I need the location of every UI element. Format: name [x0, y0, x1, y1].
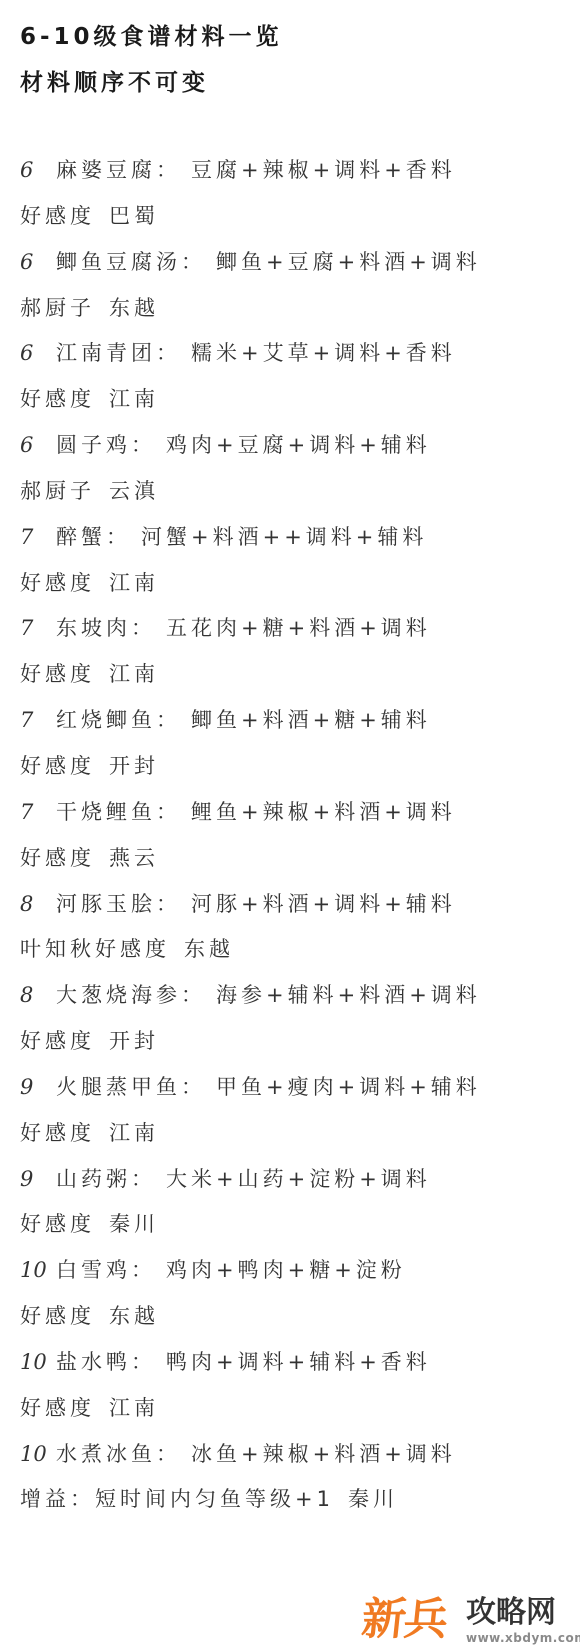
recipe-source-line: 好感度江南 — [20, 384, 560, 430]
recipe-line: 8大葱烧海参：海参+辅料+料酒+调料 — [20, 980, 560, 1026]
recipe-region: 开封 — [109, 1029, 159, 1053]
recipe-ingredients: 鸡肉+豆腐+调料+辅料 — [166, 433, 431, 457]
recipe-ingredients: 鲫鱼+豆腐+料酒+调料 — [216, 250, 481, 274]
separator: ： — [181, 983, 206, 1007]
recipe-level: 6 — [20, 247, 48, 277]
recipe-source-line: 好感度开封 — [20, 751, 560, 797]
recipe-region: 东越 — [109, 1304, 159, 1328]
recipe-name: 江南青团 — [56, 341, 156, 365]
recipe-ingredients: 鲫鱼+料酒+糖+辅料 — [191, 708, 431, 732]
recipe-line: 10盐水鸭：鸭肉+调料+辅料+香料 — [20, 1347, 560, 1393]
recipe-region: 江南 — [109, 387, 159, 411]
recipe-name: 火腿蒸甲鱼 — [56, 1075, 181, 1099]
recipe-ingredients: 鲤鱼+辣椒+料酒+调料 — [191, 800, 456, 824]
recipe-line: 7干烧鲤鱼：鲤鱼+辣椒+料酒+调料 — [20, 797, 560, 843]
recipe-line: 9山药粥：大米+山药+淀粉+调料 — [20, 1164, 560, 1210]
recipe-source: 郝厨子 — [20, 296, 95, 320]
recipe-source: 好感度 — [20, 1029, 95, 1053]
recipe-source-line: 好感度燕云 — [20, 843, 560, 889]
recipe-line: 6江南青团：糯米+艾草+调料+香料 — [20, 338, 560, 384]
recipe-line: 6圆子鸡：鸡肉+豆腐+调料+辅料 — [20, 430, 560, 476]
separator: ： — [131, 1258, 156, 1282]
separator: ： — [131, 433, 156, 457]
separator: ： — [131, 616, 156, 640]
recipe-line: 7东坡肉：五花肉+糖+料酒+调料 — [20, 613, 560, 659]
recipe-ingredients: 河蟹+料酒++调料+辅料 — [141, 525, 427, 549]
recipe-source-line: 好感度江南 — [20, 568, 560, 614]
separator: ： — [131, 1350, 156, 1374]
recipe-name: 鲫鱼豆腐汤 — [56, 250, 181, 274]
site-watermark-logo: 新兵 攻略网 www.xbdym.com — [362, 1594, 578, 1650]
separator: ： — [131, 1167, 156, 1191]
recipe-ingredients: 五花肉+糖+料酒+调料 — [166, 616, 431, 640]
recipe-line: 8河豚玉脍：河豚+料酒+调料+辅料 — [20, 889, 560, 935]
recipe-region: 巴蜀 — [109, 204, 159, 228]
recipe-level: 7 — [20, 522, 48, 552]
recipe-region: 江南 — [109, 662, 159, 686]
separator: ： — [181, 1075, 206, 1099]
recipe-source-line: 好感度开封 — [20, 1026, 560, 1072]
recipe-source: 好感度 — [20, 204, 95, 228]
recipe-source: 好感度 — [20, 1304, 95, 1328]
separator: ： — [156, 800, 181, 824]
recipe-level: 8 — [20, 980, 48, 1010]
recipe-level: 9 — [20, 1072, 48, 1102]
recipe-source-line: 好感度江南 — [20, 659, 560, 705]
recipe-source: 好感度 — [20, 1396, 95, 1420]
recipe-level: 7 — [20, 705, 48, 735]
recipe-level: 10 — [20, 1255, 48, 1285]
recipe-source: 叶知秋好感度 — [20, 937, 170, 961]
separator: ： — [181, 250, 206, 274]
recipe-level: 9 — [20, 1164, 48, 1194]
recipe-region: 江南 — [109, 571, 159, 595]
recipe-region: 东越 — [184, 937, 234, 961]
recipe-source: 好感度 — [20, 1121, 95, 1145]
recipe-source: 好感度 — [20, 387, 95, 411]
separator: ： — [156, 1442, 181, 1466]
recipe-name: 麻婆豆腐 — [56, 158, 156, 182]
recipe-name: 白雪鸡 — [56, 1258, 131, 1282]
recipe-name: 山药粥 — [56, 1167, 131, 1191]
recipe-source-line: 郝厨子云滇 — [20, 476, 560, 522]
separator: ： — [156, 158, 181, 182]
recipe-level: 10 — [20, 1347, 48, 1377]
recipe-region: 开封 — [109, 754, 159, 778]
recipe-level: 6 — [20, 430, 48, 460]
separator: ： — [156, 708, 181, 732]
recipe-source-line: 郝厨子东越 — [20, 293, 560, 339]
recipe-level: 6 — [20, 338, 48, 368]
recipe-name: 东坡肉 — [56, 616, 131, 640]
recipe-source-line: 好感度江南 — [20, 1118, 560, 1164]
recipe-line: 7醉蟹：河蟹+料酒++调料+辅料 — [20, 522, 560, 568]
recipe-list: 6麻婆豆腐：豆腐+辣椒+调料+香料 好感度巴蜀 6鲫鱼豆腐汤：鲫鱼+豆腐+料酒+… — [20, 155, 560, 1530]
page-title: 6-10级食谱材料一览 — [20, 18, 283, 51]
separator: ： — [106, 525, 131, 549]
recipe-name: 干烧鲤鱼 — [56, 800, 156, 824]
recipe-level: 8 — [20, 889, 48, 919]
recipe-line: 6麻婆豆腐：豆腐+辣椒+调料+香料 — [20, 155, 560, 201]
recipe-line: 7红烧鲫鱼：鲫鱼+料酒+糖+辅料 — [20, 705, 560, 751]
recipe-name: 大葱烧海参 — [56, 983, 181, 1007]
recipe-name: 水煮冰鱼 — [56, 1442, 156, 1466]
recipe-region: 燕云 — [109, 846, 159, 870]
recipe-source: 好感度 — [20, 754, 95, 778]
recipe-line: 10白雪鸡：鸡肉+鸭肉+糖+淀粉 — [20, 1255, 560, 1301]
page-subtitle: 材料顺序不可变 — [20, 64, 209, 97]
recipe-name: 圆子鸡 — [56, 433, 131, 457]
recipe-source-line: 好感度江南 — [20, 1393, 560, 1439]
recipe-source: 好感度 — [20, 662, 95, 686]
recipe-name: 河豚玉脍 — [56, 892, 156, 916]
recipe-ingredients: 鸡肉+鸭肉+糖+淀粉 — [166, 1258, 406, 1282]
separator: ： — [156, 892, 181, 916]
recipe-ingredients: 豆腐+辣椒+调料+香料 — [191, 158, 456, 182]
recipe-region: 江南 — [109, 1121, 159, 1145]
recipe-source: 好感度 — [20, 1212, 95, 1236]
recipe-line: 9火腿蒸甲鱼：甲鱼+瘦肉+调料+辅料 — [20, 1072, 560, 1118]
recipe-source: 好感度 — [20, 571, 95, 595]
recipe-source-line: 叶知秋好感度东越 — [20, 934, 560, 980]
recipe-source: 好感度 — [20, 846, 95, 870]
recipe-ingredients: 海参+辅料+料酒+调料 — [216, 983, 481, 1007]
recipe-source-line: 好感度巴蜀 — [20, 201, 560, 247]
recipe-ingredients: 冰鱼+辣椒+料酒+调料 — [191, 1442, 456, 1466]
watermark-brand-orange: 新兵 — [359, 1594, 448, 1646]
recipe-source-line: 增益：短时间内匀鱼等级+1秦川 — [20, 1484, 560, 1530]
recipe-level: 7 — [20, 797, 48, 827]
recipe-name: 醉蟹 — [56, 525, 106, 549]
recipe-level: 10 — [20, 1439, 48, 1469]
separator: ： — [156, 341, 181, 365]
recipe-line: 6鲫鱼豆腐汤：鲫鱼+豆腐+料酒+调料 — [20, 247, 560, 293]
recipe-source: 郝厨子 — [20, 479, 95, 503]
recipe-ingredients: 大米+山药+淀粉+调料 — [166, 1167, 431, 1191]
recipe-name: 盐水鸭 — [56, 1350, 131, 1374]
recipe-source-line: 好感度秦川 — [20, 1209, 560, 1255]
recipe-region: 秦川 — [348, 1487, 398, 1511]
recipe-ingredients: 糯米+艾草+调料+香料 — [191, 341, 456, 365]
recipe-region: 云滇 — [109, 479, 159, 503]
recipe-ingredients: 河豚+料酒+调料+辅料 — [191, 892, 456, 916]
recipe-line: 10水煮冰鱼：冰鱼+辣椒+料酒+调料 — [20, 1439, 560, 1485]
recipe-level: 6 — [20, 155, 48, 185]
recipe-region: 秦川 — [109, 1212, 159, 1236]
recipe-level: 7 — [20, 613, 48, 643]
recipe-region: 江南 — [109, 1396, 159, 1420]
recipe-source-line: 好感度东越 — [20, 1301, 560, 1347]
watermark-url: www.xbdym.com — [466, 1630, 580, 1646]
recipe-name: 红烧鲫鱼 — [56, 708, 156, 732]
recipe-list-page: 6-10级食谱材料一览 材料顺序不可变 6麻婆豆腐：豆腐+辣椒+调料+香料 好感… — [0, 0, 580, 1652]
recipe-ingredients: 鸭肉+调料+辅料+香料 — [166, 1350, 431, 1374]
recipe-region: 东越 — [109, 296, 159, 320]
watermark-brand-dark: 攻略网 — [466, 1596, 556, 1630]
recipe-source: 增益：短时间内匀鱼等级+1 — [20, 1487, 334, 1511]
recipe-ingredients: 甲鱼+瘦肉+调料+辅料 — [216, 1075, 481, 1099]
